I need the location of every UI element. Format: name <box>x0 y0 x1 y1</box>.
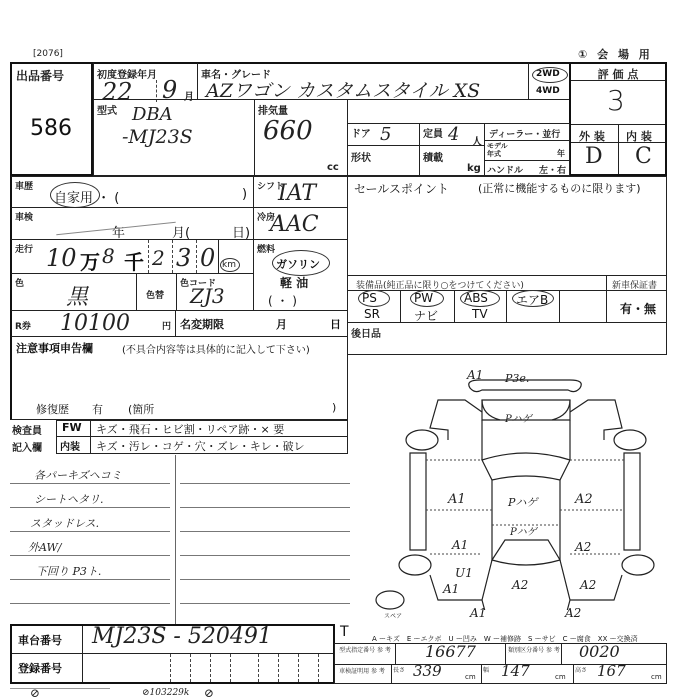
door-label: ドア <box>351 125 371 140</box>
sales-point-box: セールスポイント (正常に機能するものに限ります) <box>347 176 667 276</box>
height-label: 高さ <box>575 665 587 674</box>
lot-label: 出品番号 <box>16 67 64 84</box>
load-label: 積載 <box>423 149 443 164</box>
form-id: [2076] <box>33 49 63 59</box>
history-label: 車歴 <box>15 179 33 192</box>
repaint-label: 色替 <box>146 288 164 301</box>
mileage-unit-circle <box>220 258 240 272</box>
notes-hint: (不具合内容等は具体的に記入して下さい) <box>122 341 310 356</box>
first-registration-box: 初度登録年月 22 9 月 <box>93 62 198 100</box>
history-circle <box>50 182 100 208</box>
notes-label: 注意事項申告欄 <box>16 340 93 356</box>
name-change-box: 名変期限 月 日 <box>175 310 348 337</box>
mileage-box: 走行 10 万 8 千 2 3 0 km <box>10 239 254 274</box>
length-label: 長さ <box>393 665 405 674</box>
color-box: 色 黒 色替 色コード ZJ3 <box>10 273 254 311</box>
handle-label: ハンドル <box>487 163 523 176</box>
repair-label: 修復歴 <box>36 401 69 417</box>
mileage-digit-1[interactable]: 2 <box>152 246 165 270</box>
damage-rear-bumper-right: A2 <box>565 606 581 620</box>
name-change-month: 月 <box>276 316 287 332</box>
fuel-label: 燃料 <box>257 242 275 255</box>
mileage-sen[interactable]: 8 <box>102 244 115 268</box>
damage-left-front: A1 <box>448 492 466 507</box>
damage-rear-bumper-left: A1 <box>470 606 486 620</box>
footer-mark-1: ⊘ <box>30 686 40 700</box>
type-approval-box: 型式指定番号 参 考 16677 類別区分番号 参 考 0020 車検証明用 参… <box>334 643 667 684</box>
category-value[interactable]: 0020 <box>579 642 620 661</box>
height-unit: cm <box>651 673 662 681</box>
damage-left-quarter-u1: U1 <box>455 566 473 580</box>
spare-label: スペア <box>384 611 402 620</box>
interior-items: キズ・汚レ・コゲ・穴・ズレ・キレ・破レ <box>96 438 305 454</box>
inspection-box: 車検 年 月( 日) <box>10 207 254 240</box>
warranty-value[interactable]: 有・無 <box>620 300 656 317</box>
inspector-notes: 各パーキズヘコミ シートヘタリ. スタッドレス. 外AW/ 下回り P3ト. <box>10 455 350 615</box>
name-change-label: 名変期限 <box>180 316 224 332</box>
history-box: 車歴 自家用 ・ ( ) <box>10 176 254 208</box>
vehicle-damage-diagram <box>370 360 680 610</box>
damage-right-rear: A2 <box>575 540 591 554</box>
chassis-box: 車台番号 MJ23S - 520491 登録番号 <box>10 624 335 684</box>
note-line-3[interactable]: スタッドレス. <box>30 515 99 531</box>
shift-box: シフト IAT <box>253 176 348 208</box>
repair-value[interactable]: 有 <box>92 401 103 417</box>
model-year-label: モデル 年式 <box>487 142 515 158</box>
color-value[interactable]: 黒 <box>66 280 88 311</box>
displacement-value[interactable]: 660 <box>263 116 313 146</box>
drive-selected-circle <box>532 67 568 83</box>
fw-items: キズ・飛石・ヒビ割・リペア跡・× 要 <box>96 421 284 437</box>
capacity-value[interactable]: 4 <box>448 124 459 145</box>
corner-label: ① 会 場 用 <box>578 46 653 62</box>
load-unit: kg <box>467 163 481 174</box>
notes-box: 注意事項申告欄 (不具合内容等は具体的に記入して下さい) 修復歴 有 (箇所 ) <box>10 336 348 420</box>
damage-front-bumper-a1: A1 <box>467 368 483 382</box>
model-box: 型式 DBA -MJ23S <box>93 99 255 176</box>
fw-label: FW <box>62 421 82 434</box>
displacement-unit: cc <box>327 162 339 173</box>
height-value[interactable]: 167 <box>597 662 626 680</box>
name-change-day: 日 <box>330 316 341 332</box>
inspector-label-1: 検査員 <box>12 422 42 437</box>
model-year-unit: 年 <box>557 148 565 159</box>
sales-point-label: セールスポイント <box>354 180 449 197</box>
equip-tv[interactable]: TV <box>472 307 488 321</box>
shape-label: 形状 <box>351 149 371 164</box>
damage-right-front: A2 <box>575 492 593 507</box>
load-box: 積載 kg <box>419 145 485 176</box>
dealer-box: ディーラー・並行 モデル 年式 年 ハンドル 左・右 <box>484 123 570 176</box>
displacement-box: 排気量 660 cc <box>254 99 348 176</box>
fuel-box: 燃料 ガソリン 軽 油 ( ・ ) <box>253 239 348 311</box>
score-value: 3 <box>607 84 625 117</box>
width-label: 幅 <box>483 665 489 674</box>
mileage-man[interactable]: 10 <box>46 244 77 272</box>
model-line1[interactable]: DBA <box>132 104 173 125</box>
equip-sr[interactable]: SR <box>364 307 380 321</box>
model-line2[interactable]: -MJ23S <box>122 126 193 148</box>
registration-label: 登録番号 <box>18 660 62 676</box>
damage-right-quarter: A2 <box>580 578 596 592</box>
mileage-man-unit: 万 <box>80 246 100 275</box>
footer-mark-2: ⊘103229k <box>142 688 189 698</box>
cert-label: 車検証明用 参 考 <box>337 666 387 675</box>
sales-point-note: (正常に機能するものに限ります) <box>478 180 641 196</box>
note-line-4[interactable]: 外AW/ <box>28 539 62 555</box>
aircon-box: 冷房 AAC <box>253 207 348 240</box>
score-box: 評 価 点 3 外 装 内 装 D C <box>569 62 667 176</box>
category-label: 類別区分番号 参 考 <box>507 645 561 654</box>
damage-hood: Pハゲ <box>505 410 532 425</box>
later-items-label: 後日品 <box>351 325 381 340</box>
history-close: ) <box>242 187 247 202</box>
color-code-value[interactable]: ZJ3 <box>190 284 225 308</box>
model-label: 型式 <box>97 102 117 117</box>
drive-box: 2WD 4WD <box>528 62 570 100</box>
interior-inspect-label: 内装 <box>60 438 80 453</box>
inspector-section: 検査員 記入欄 FW キズ・飛石・ヒビ割・リペア跡・× 要 内装 キズ・汚レ・コ… <box>10 420 348 454</box>
recycle-unit: 円 <box>162 319 171 332</box>
damage-roof-rear: Pハゲ <box>510 523 537 538</box>
fuel-selected-circle <box>272 250 330 276</box>
dealer-label: ディーラー・並行 <box>489 127 560 140</box>
damage-back-door: A2 <box>512 578 528 592</box>
recycle-label: R券 <box>15 319 31 332</box>
repair-close: ) <box>332 401 336 414</box>
chassis-label: 車台番号 <box>18 632 62 648</box>
inspection-label: 車検 <box>15 210 33 223</box>
drive-4wd[interactable]: 4WD <box>536 86 560 96</box>
shift-value[interactable]: IAT <box>278 181 316 206</box>
note-line-1[interactable]: 各パーキズヘコミ <box>34 467 122 483</box>
displacement-label: 排気量 <box>258 102 288 117</box>
footer-mark-3: ⊘ <box>204 686 214 700</box>
damage-front-bumper-p3e: P3e. <box>505 372 529 385</box>
length-unit: cm <box>465 673 476 681</box>
width-unit: cm <box>555 673 566 681</box>
recycle-box: R券 10100 円 <box>10 310 176 337</box>
mileage-digit-2[interactable]: 3 <box>176 244 191 272</box>
capacity-box: 定員 4 人 <box>419 123 485 146</box>
color-label: 色 <box>15 276 24 289</box>
aircon-value[interactable]: AAC <box>270 212 319 237</box>
type-approval-value[interactable]: 16677 <box>425 642 476 661</box>
equipment-box: 装備品(純正品に限り○をつけてください) PS PW ABS エアB SR ナビ… <box>347 275 667 323</box>
length-value[interactable]: 339 <box>413 662 442 680</box>
fuel-diesel[interactable]: 軽 油 <box>280 274 308 291</box>
later-items-box: 後日品 <box>347 322 667 355</box>
width-value[interactable]: 147 <box>501 662 530 680</box>
repair-place: (箇所 <box>128 401 154 417</box>
note-line-5[interactable]: 下回り P3ト. <box>36 563 101 579</box>
damage-left-quarter-a1: A1 <box>443 582 459 596</box>
fuel-other: ( ・ ) <box>268 292 297 309</box>
mileage-label: 走行 <box>15 242 33 255</box>
inspector-label-2: 記入欄 <box>12 439 42 454</box>
chassis-suffix: T <box>340 624 349 640</box>
exterior-score: D <box>585 144 603 169</box>
warranty-label: 新車保証書 <box>612 278 657 291</box>
chassis-value[interactable]: MJ23S - 520491 <box>92 624 272 649</box>
mileage-sen-unit: 千 <box>124 246 144 275</box>
car-name-box: 車名・グレード AZワゴン カスタムスタイル XS <box>197 62 529 100</box>
note-line-2[interactable]: シートヘタリ. <box>34 491 104 507</box>
lot-box: 出品番号 586 <box>10 62 93 176</box>
door-value[interactable]: 5 <box>380 124 391 145</box>
damage-roof: Pハゲ <box>508 494 537 510</box>
type-approval-label: 型式指定番号 参 考 <box>337 645 393 654</box>
mileage-digit-3[interactable]: 0 <box>200 244 215 272</box>
lot-number: 586 <box>30 116 72 141</box>
handle-options[interactable]: 左・右 <box>539 163 566 176</box>
interior-score: C <box>635 144 652 169</box>
shape-box: 形状 <box>347 145 420 176</box>
recycle-value[interactable]: 10100 <box>60 311 130 336</box>
damage-left-rear: A1 <box>452 538 468 552</box>
door-box: ドア 5 <box>347 123 420 146</box>
capacity-label: 定員 <box>423 125 443 140</box>
